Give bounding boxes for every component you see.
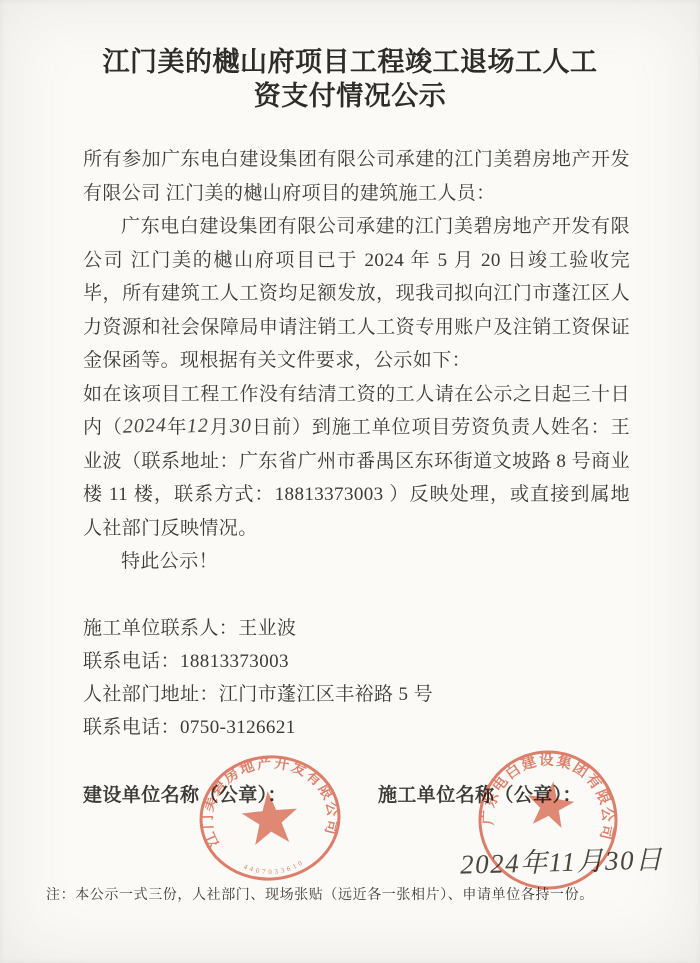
company-seal-right: 广东电白建设集团有限公司 (458, 732, 638, 909)
contact-line-constructor: 施工单位联系人：王业波 (83, 612, 630, 645)
contact-block: 施工单位联系人：王业波 联系电话：18813373003 人社部门地址：江门市蓬… (83, 612, 630, 744)
doc-title-line2: 资支付情况公示 (254, 81, 447, 111)
doc-body: 所有参加广东电白建设集团有限公司承建的江门美碧房地产开发有限公司 江门美的樾山府… (0, 143, 700, 810)
handwritten-year: 2024 (122, 409, 167, 444)
contact-line-bureau-address: 人社部门地址：江门市蓬江区丰裕路 5 号 (83, 678, 630, 711)
company-seal-left: 江门美碧房地产开发有限公司 4407033610 (184, 741, 356, 894)
paragraph-claim-instructions: 如在该项目工程工作没有结清工资的工人请在公示之日起三十日内（2024年12月30… (83, 378, 630, 546)
star-icon (240, 789, 300, 846)
svg-text:4407033610: 4407033610 (242, 857, 307, 878)
year-unit: 年 (167, 417, 187, 438)
scanned-notice-page: 江门美的樾山府项目工程竣工退场工人工 资支付情况公示 所有参加广东电白建设集团有… (0, 0, 700, 963)
paragraph-addressees: 所有参加广东电白建设集团有限公司承建的江门美碧房地产开发有限公司 江门美的樾山府… (83, 143, 630, 210)
star-icon (524, 778, 577, 829)
doc-title-line1: 江门美的樾山府项目工程竣工退场工人工 (103, 47, 598, 77)
seal-serial-text: 4407033610 (242, 857, 307, 878)
handwritten-day: 30 (229, 410, 252, 444)
paragraph-project-status: 广东电白建设集团有限公司承建的江门美碧房地产开发有限公司 江门美的樾山府项目已于… (83, 210, 630, 378)
contact-line-phone1: 联系电话：18813373003 (83, 645, 630, 678)
handwritten-month: 12 (187, 410, 210, 444)
month-unit: 月 (209, 417, 229, 438)
paragraph-closing: 特此公示！ (83, 545, 630, 579)
contact-line-phone2: 联系电话：0750-3126621 (83, 711, 630, 744)
doc-title: 江门美的樾山府项目工程竣工退场工人工 资支付情况公示 (40, 45, 660, 113)
